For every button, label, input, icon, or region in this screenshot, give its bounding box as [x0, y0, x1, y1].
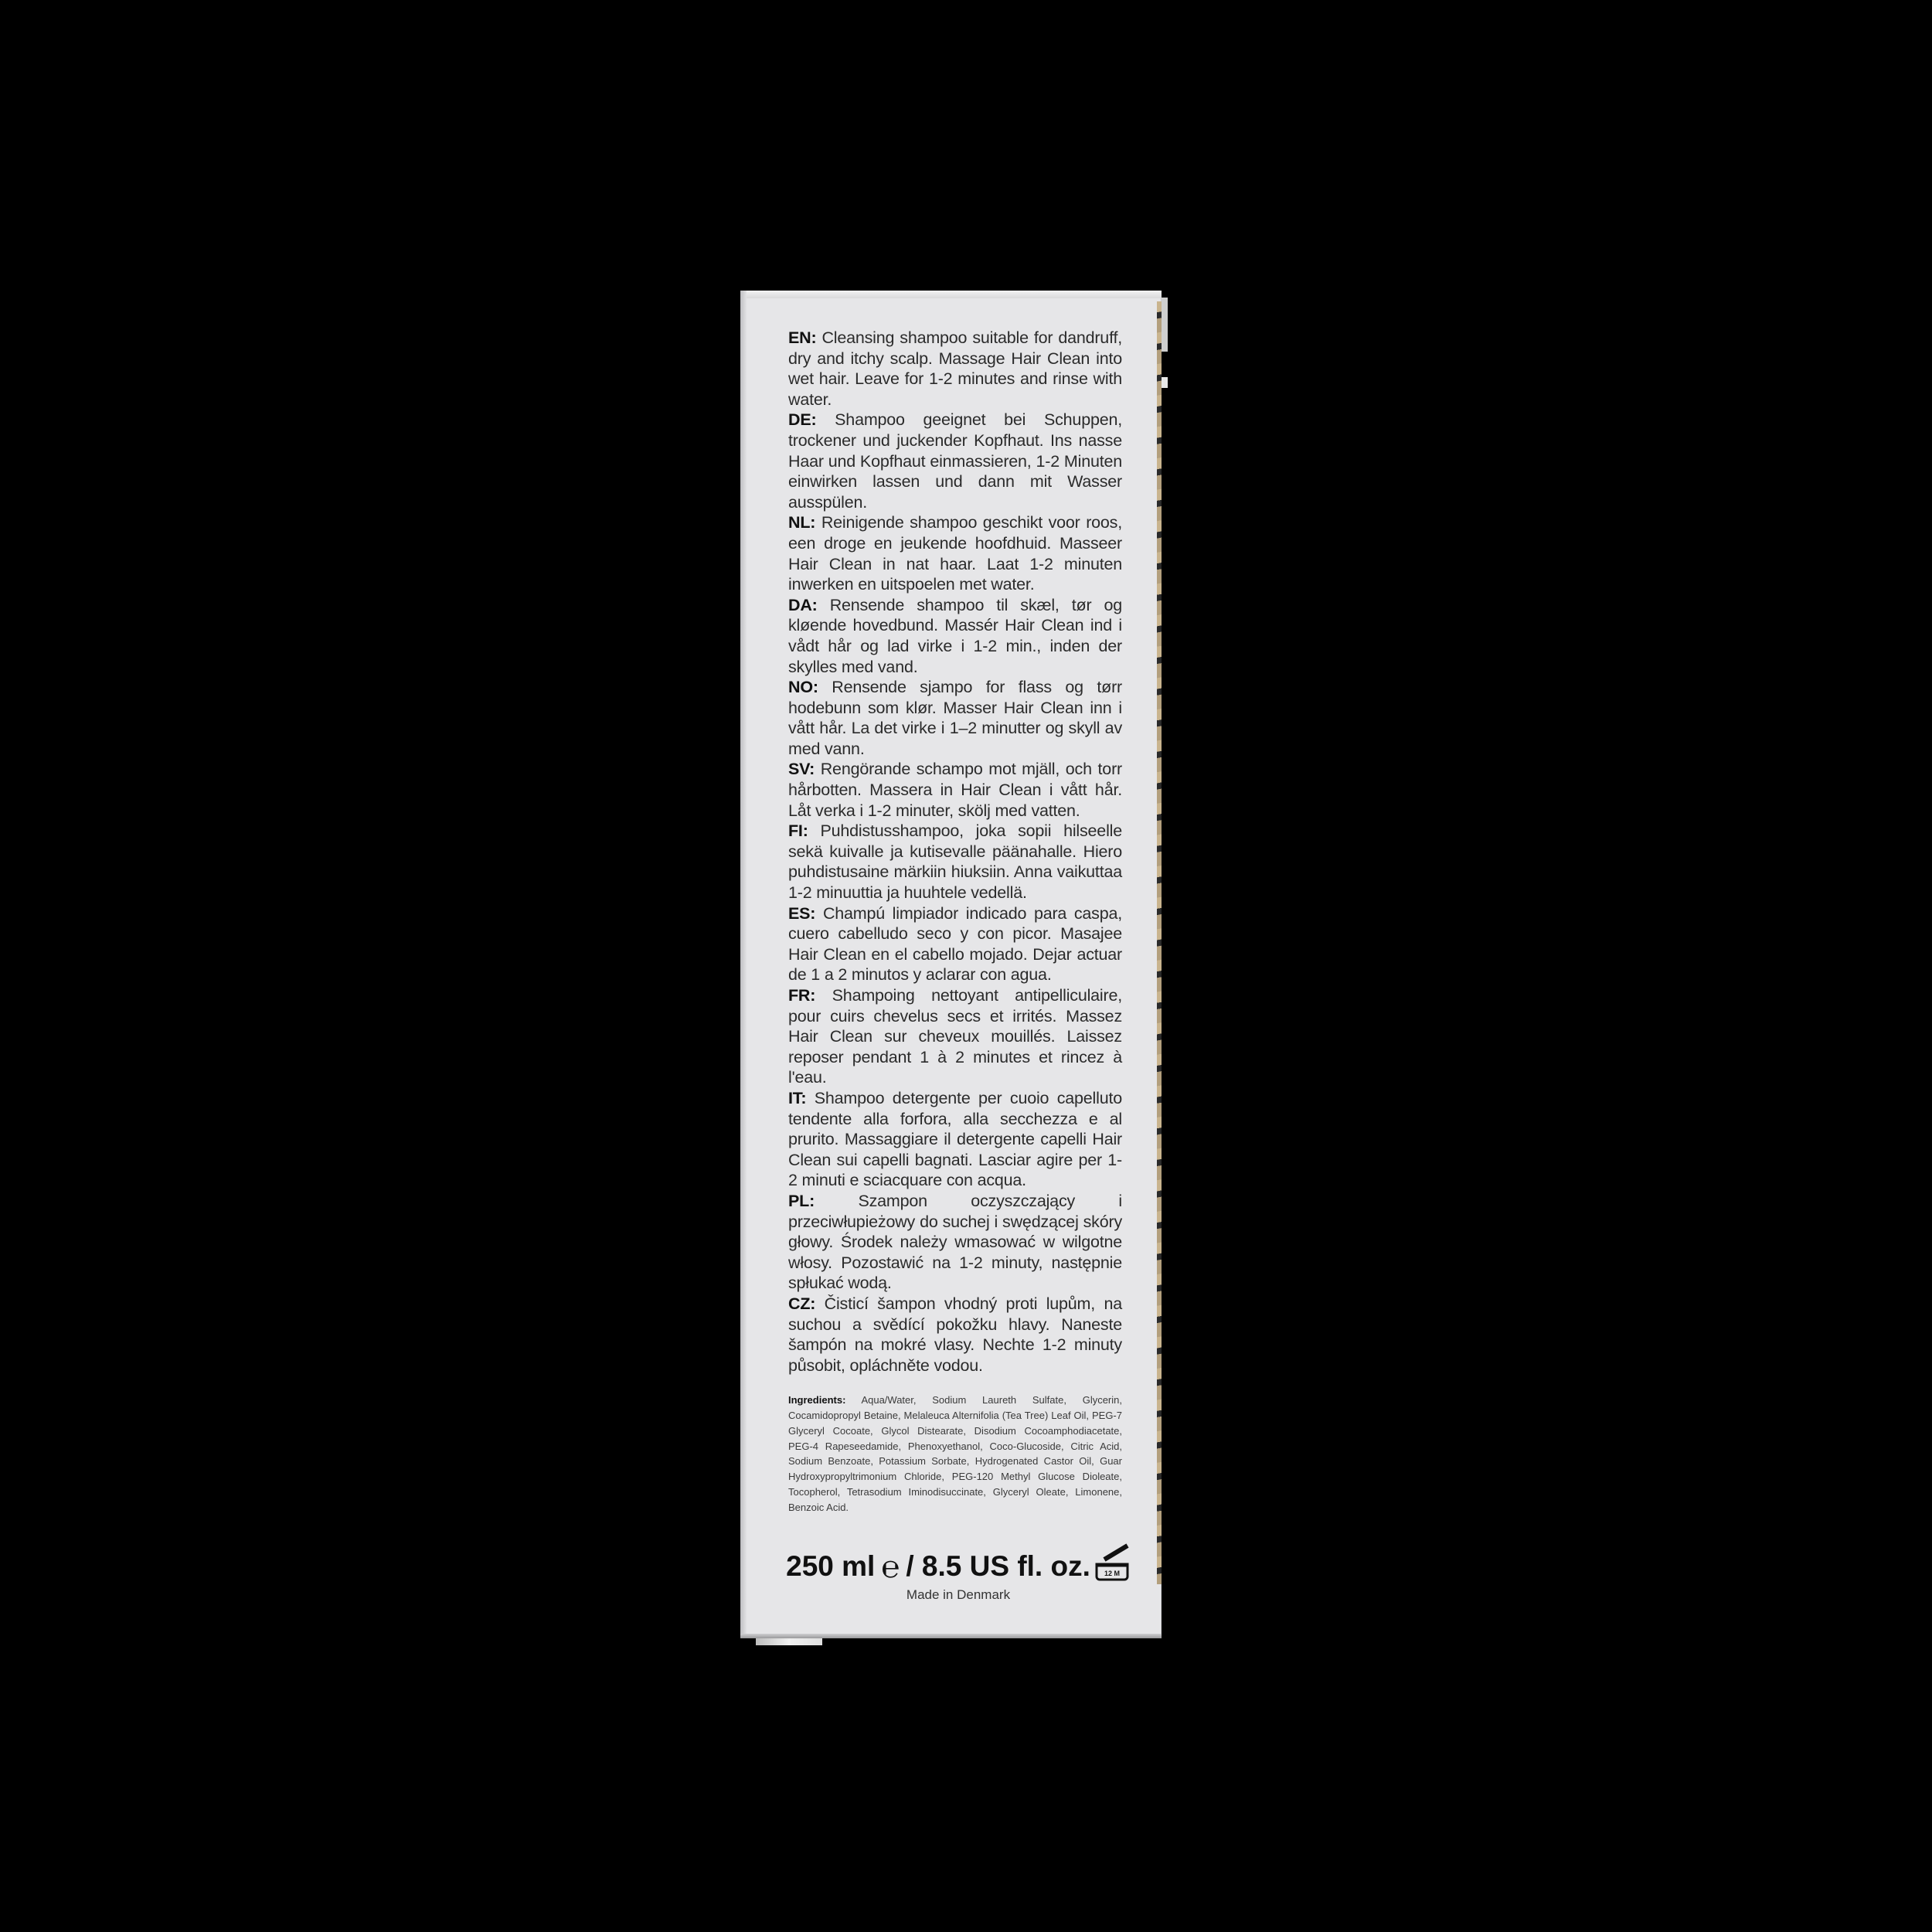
description-text: Rensende sjampo for flass og tørr hodebu…: [788, 678, 1122, 758]
country-of-origin: Made in Denmark: [765, 1587, 1151, 1603]
description-text: Shampoo geeignet bei Schuppen, trockener…: [788, 410, 1122, 511]
description-es: ES: Champú limpiador indicado para caspa…: [788, 903, 1122, 985]
language-code: SV:: [788, 760, 815, 778]
description-text: Shampoing nettoyant antipelliculaire, po…: [788, 986, 1122, 1087]
description-text: Rensende shampoo til skæl, tør og kløend…: [788, 596, 1122, 676]
language-code: PL:: [788, 1192, 815, 1210]
description-no: NO: Rensende sjampo for flass og tørr ho…: [788, 677, 1122, 759]
box-left-edge: [740, 291, 747, 1638]
language-code: FR:: [788, 986, 815, 1005]
description-fr: FR: Shampoing nettoyant antipelliculaire…: [788, 985, 1122, 1088]
ingredients-text: Aqua/Water, Sodium Laureth Sulfate, Glyc…: [788, 1394, 1122, 1513]
language-code: DA:: [788, 596, 818, 614]
volume-imperial: / 8.5 US fl. oz.: [906, 1550, 1090, 1583]
box-side-pattern: [1157, 301, 1162, 1584]
description-text: Puhdistusshampoo, joka sopii hilseelle s…: [788, 821, 1122, 902]
ingredients-list: Ingredients: Aqua/Water, Sodium Laureth …: [788, 1393, 1122, 1515]
language-code: EN:: [788, 328, 816, 347]
description-text: Rengörande schampo mot mjäll, och torr h…: [788, 760, 1122, 819]
box-flap-edge: [1162, 298, 1168, 352]
description-nl: NL: Reinigende shampoo geschikt voor roo…: [788, 512, 1122, 594]
description-text: Reinigende shampoo geschikt voor roos, e…: [788, 513, 1122, 594]
description-da: DA: Rensende shampoo til skæl, tør og kl…: [788, 595, 1122, 677]
language-code: ES:: [788, 904, 815, 923]
language-code: CZ:: [788, 1294, 815, 1313]
volume-statement: 250 ml ℮ / 8.5 US fl. oz. 12 M: [765, 1547, 1151, 1586]
description-en: EN: Cleansing shampoo suitable for dandr…: [788, 328, 1122, 410]
period-after-opening-icon: 12 M: [1094, 1543, 1131, 1581]
description-de: DE: Shampoo geeignet bei Schuppen, trock…: [788, 410, 1122, 512]
ingredients-label: Ingredients:: [788, 1394, 845, 1406]
description-text: Shampoo detergente per cuoio capelluto t…: [788, 1089, 1122, 1189]
label-text-block: EN: Cleansing shampoo suitable for dandr…: [788, 328, 1122, 1526]
description-sv: SV: Rengörande schampo mot mjäll, och to…: [788, 759, 1122, 821]
description-text: Szampon oczyszczający i przeciwłupieżowy…: [788, 1192, 1122, 1292]
language-code: DE:: [788, 410, 816, 429]
svg-text:12 M: 12 M: [1104, 1570, 1120, 1577]
description-text: Čisticí šampon vhodný proti lupům, na su…: [788, 1294, 1122, 1375]
box-flap-edge: [1162, 377, 1168, 388]
description-text: Cleansing shampoo suitable for dandruff,…: [788, 328, 1122, 409]
language-code: NO:: [788, 678, 818, 696]
estimated-sign-icon: ℮: [881, 1549, 900, 1585]
language-code: FI:: [788, 821, 808, 840]
language-code: NL:: [788, 513, 815, 532]
volume-metric: 250 ml: [786, 1550, 875, 1583]
description-it: IT: Shampoo detergente per cuoio capellu…: [788, 1088, 1122, 1191]
description-text: Champú limpiador indicado para caspa, cu…: [788, 904, 1122, 985]
description-fi: FI: Puhdistusshampoo, joka sopii hilseel…: [788, 821, 1122, 903]
language-code: IT:: [788, 1089, 806, 1107]
description-pl: PL: Szampon oczyszczający i przeciwłupie…: [788, 1191, 1122, 1294]
description-cz: CZ: Čisticí šampon vhodný proti lupům, n…: [788, 1294, 1122, 1376]
box-bottom-tab: [756, 1638, 822, 1645]
box-top-edge: [740, 291, 1162, 298]
